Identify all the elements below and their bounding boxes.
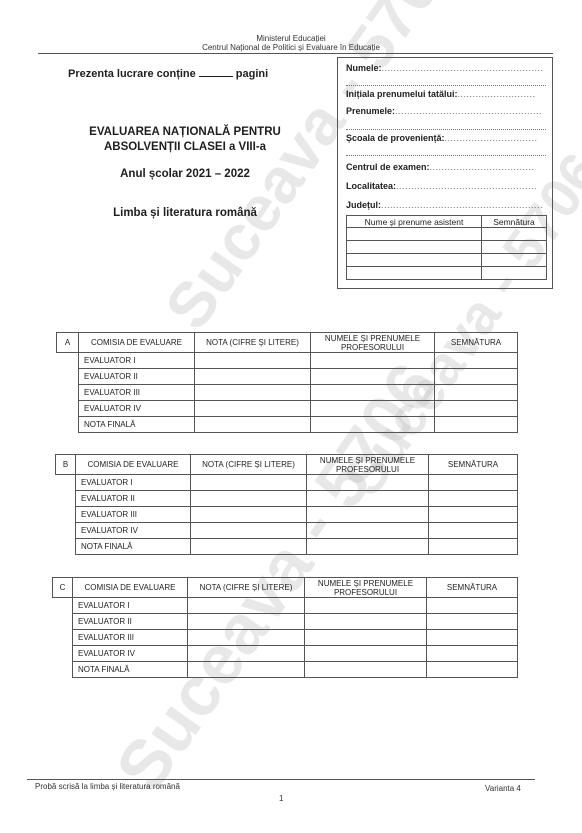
field-initiala-tatalui[interactable]: Inițiala prenumelui tatălui:............…	[346, 89, 546, 99]
assistant-name-cell[interactable]	[347, 267, 482, 280]
row-label: EVALUATOR I	[79, 353, 195, 369]
header-rule	[38, 53, 553, 54]
evaluation-table-b: B COMISIA DE EVALUARE NOTA (CIFRE ȘI LIT…	[55, 454, 518, 555]
field-prenumele-continuation[interactable]	[346, 129, 546, 130]
nota-cell[interactable]	[191, 523, 307, 539]
assistant-signature-cell[interactable]	[482, 267, 547, 280]
evaluation-table-c: C COMISIA DE EVALUARE NOTA (CIFRE ȘI LIT…	[52, 577, 518, 678]
header-semnatura: SEMNĂTURA	[429, 455, 518, 475]
header-nota: NOTA (CIFRE ȘI LITERE)	[191, 455, 307, 475]
semnatura-cell[interactable]	[435, 369, 518, 385]
assistant-name-cell[interactable]	[347, 254, 482, 267]
profesor-cell[interactable]	[305, 662, 427, 678]
row-label: EVALUATOR III	[79, 385, 195, 401]
row-label: EVALUATOR IV	[76, 523, 191, 539]
header-nota: NOTA (CIFRE ȘI LITERE)	[188, 578, 305, 598]
footer-exam-name: Probă scrisă la limba și literatura româ…	[35, 782, 180, 791]
profesor-cell[interactable]	[307, 539, 429, 555]
nota-cell[interactable]	[191, 475, 307, 491]
semnatura-cell[interactable]	[429, 475, 518, 491]
nota-cell[interactable]	[188, 630, 305, 646]
pages-count-line: Prezenta lucrare conținepagini	[68, 67, 268, 80]
header-profesor: NUMELE ȘI PRENUMELE PROFESORULUI	[307, 455, 429, 475]
profesor-cell[interactable]	[305, 614, 427, 630]
assistant-name-cell[interactable]	[347, 228, 482, 241]
header-comisia: COMISIA DE EVALUARE	[76, 455, 191, 475]
ministry-name: Ministerul Educației	[0, 34, 582, 43]
nota-cell[interactable]	[188, 646, 305, 662]
row-label: EVALUATOR II	[79, 369, 195, 385]
profesor-cell[interactable]	[311, 401, 435, 417]
field-numele-continuation[interactable]	[346, 85, 546, 86]
field-judetul[interactable]: Județul:................................…	[346, 200, 546, 210]
assistant-name-cell[interactable]	[347, 241, 482, 254]
nota-cell[interactable]	[195, 369, 311, 385]
exam-title-line1: EVALUAREA NAȚIONALĂ PENTRU	[40, 125, 330, 140]
header-semnatura: SEMNĂTURA	[435, 333, 518, 353]
profesor-cell[interactable]	[305, 630, 427, 646]
header-semnatura: SEMNĂTURA	[427, 578, 518, 598]
header-profesor: NUMELE ȘI PRENUMELE PROFESORULUI	[311, 333, 435, 353]
row-label: NOTA FINALĂ	[73, 662, 188, 678]
subject: Limba și literatura română	[40, 206, 330, 221]
semnatura-cell[interactable]	[427, 614, 518, 630]
footer-rule	[27, 779, 535, 780]
profesor-cell[interactable]	[307, 507, 429, 523]
semnatura-cell[interactable]	[435, 385, 518, 401]
field-scoala[interactable]: Școala de proveniență:..................…	[346, 133, 546, 143]
nota-cell[interactable]	[191, 491, 307, 507]
header-profesor: NUMELE ȘI PRENUMELE PROFESORULUI	[305, 578, 427, 598]
header-comisia: COMISIA DE EVALUARE	[73, 578, 188, 598]
profesor-cell[interactable]	[305, 646, 427, 662]
nota-cell[interactable]	[188, 614, 305, 630]
nota-cell[interactable]	[195, 401, 311, 417]
page-number: 1	[279, 794, 283, 803]
row-label: EVALUATOR IV	[73, 646, 188, 662]
row-label: EVALUATOR III	[76, 507, 191, 523]
nota-cell[interactable]	[195, 417, 311, 433]
profesor-cell[interactable]	[307, 491, 429, 507]
assistant-name-header: Nume și prenume asistent	[347, 216, 482, 228]
semnatura-cell[interactable]	[429, 523, 518, 539]
assistant-table: Nume și prenume asistent Semnătura	[346, 215, 547, 280]
field-numele[interactable]: Numele:.................................…	[346, 63, 546, 73]
row-label: NOTA FINALĂ	[76, 539, 191, 555]
field-scoala-continuation[interactable]	[346, 155, 546, 156]
assistant-signature-cell[interactable]	[482, 241, 547, 254]
nota-cell[interactable]	[188, 598, 305, 614]
pages-prefix: Prezenta lucrare conține	[68, 68, 196, 80]
profesor-cell[interactable]	[311, 353, 435, 369]
assistant-signature-header: Semnătura	[482, 216, 547, 228]
pages-suffix: pagini	[236, 68, 268, 80]
row-label: NOTA FINALĂ	[79, 417, 195, 433]
header-comisia: COMISIA DE EVALUARE	[79, 333, 195, 353]
row-label: EVALUATOR IV	[79, 401, 195, 417]
nota-cell[interactable]	[195, 353, 311, 369]
profesor-cell[interactable]	[311, 417, 435, 433]
semnatura-cell[interactable]	[427, 662, 518, 678]
row-label: EVALUATOR II	[73, 614, 188, 630]
school-year: Anul școlar 2021 – 2022	[40, 167, 330, 182]
field-localitatea[interactable]: Localitatea:............................…	[346, 181, 546, 191]
semnatura-cell[interactable]	[427, 598, 518, 614]
row-label: EVALUATOR II	[76, 491, 191, 507]
header-nota: NOTA (CIFRE ȘI LITERE)	[195, 333, 311, 353]
semnatura-cell[interactable]	[435, 353, 518, 369]
nota-cell[interactable]	[191, 507, 307, 523]
evaluation-table-a: A COMISIA DE EVALUARE NOTA (CIFRE ȘI LIT…	[56, 332, 518, 433]
candidate-id-box: Numele:.................................…	[337, 57, 553, 289]
row-label: EVALUATOR I	[73, 598, 188, 614]
semnatura-cell[interactable]	[427, 630, 518, 646]
profesor-cell[interactable]	[307, 523, 429, 539]
assistant-signature-cell[interactable]	[482, 254, 547, 267]
semnatura-cell[interactable]	[435, 417, 518, 433]
field-prenumele[interactable]: Prenumele:..............................…	[346, 106, 546, 116]
profesor-cell[interactable]	[311, 385, 435, 401]
row-label: EVALUATOR III	[73, 630, 188, 646]
assistant-signature-cell[interactable]	[482, 228, 547, 241]
profesor-cell[interactable]	[311, 369, 435, 385]
nota-cell[interactable]	[195, 385, 311, 401]
semnatura-cell[interactable]	[427, 646, 518, 662]
profesor-cell[interactable]	[305, 598, 427, 614]
nota-cell[interactable]	[191, 539, 307, 555]
field-centrul-examen[interactable]: Centrul de examen:......................…	[346, 162, 546, 172]
table-letter: B	[56, 455, 76, 475]
profesor-cell[interactable]	[307, 475, 429, 491]
exam-title-line2: ABSOLVENȚII CLASEI a VIII-a	[40, 140, 330, 155]
center-name: Centrul Național de Politici și Evaluare…	[0, 43, 582, 52]
semnatura-cell[interactable]	[429, 539, 518, 555]
table-letter: A	[57, 333, 79, 353]
semnatura-cell[interactable]	[435, 401, 518, 417]
pages-count-input[interactable]	[199, 67, 233, 77]
nota-cell[interactable]	[188, 662, 305, 678]
row-label: EVALUATOR I	[76, 475, 191, 491]
footer-variant: Varianta 4	[485, 784, 521, 793]
semnatura-cell[interactable]	[429, 507, 518, 523]
table-letter: C	[53, 578, 73, 598]
semnatura-cell[interactable]	[429, 491, 518, 507]
